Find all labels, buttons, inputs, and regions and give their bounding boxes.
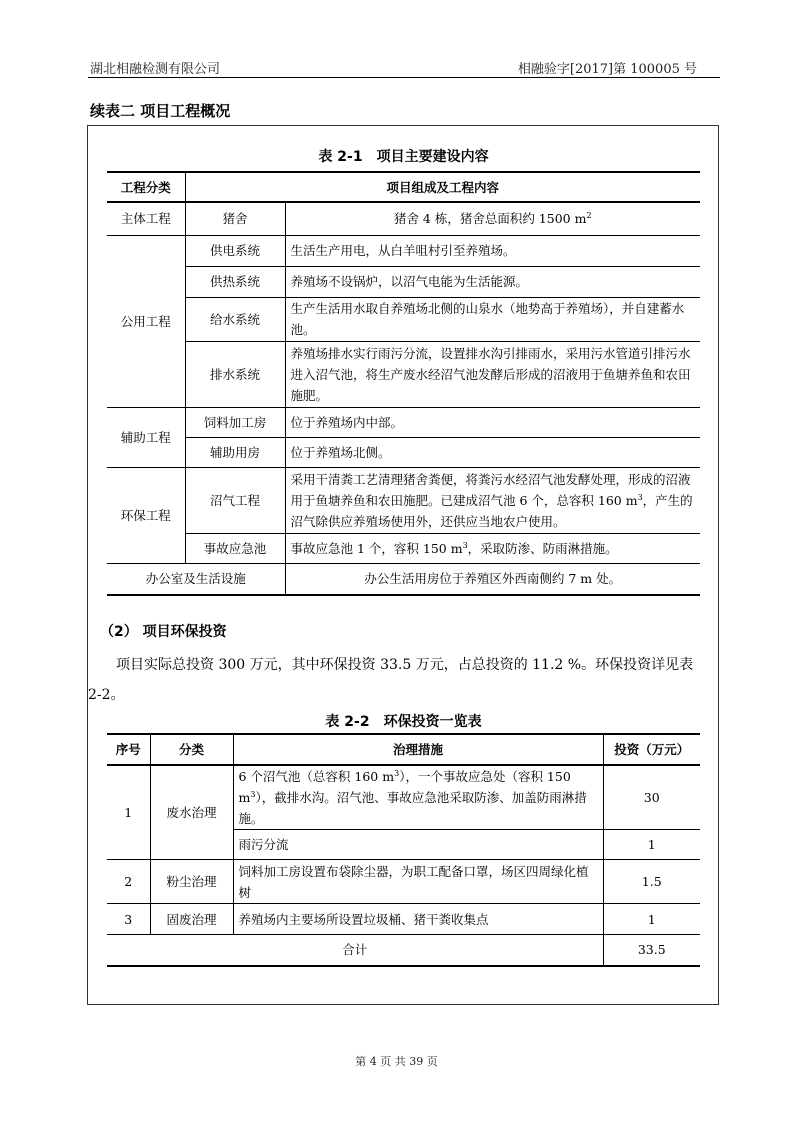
table-row: 公用工程 供电系统 生活生产用电，从白羊咀村引至养殖场。 bbox=[107, 235, 700, 266]
amount-cell: 1 bbox=[603, 830, 700, 860]
measure-cell: 雨污分流 bbox=[233, 830, 603, 860]
content-cell: 位于养殖场内中部。 bbox=[285, 407, 700, 437]
content-cell: 生活生产用电，从白羊咀村引至养殖场。 bbox=[285, 235, 700, 266]
amount-cell: 1.5 bbox=[603, 860, 700, 904]
page-number: 第 4 页 共 39 页 bbox=[0, 1053, 793, 1069]
construction-content-table: 工程分类 项目组成及工程内容 主体工程 猪舍 猪舍 4 栋，猪舍总面积约 150… bbox=[107, 171, 700, 596]
table2-header-category: 分类 bbox=[150, 734, 233, 765]
table-row: 主体工程 猪舍 猪舍 4 栋，猪舍总面积约 1500 m2 bbox=[107, 202, 700, 235]
item-cell: 给水系统 bbox=[185, 297, 285, 341]
content-cell: 生产生活用水取自养殖场北侧的山泉水（地势高于养殖场），并自建蓄水池。 bbox=[285, 297, 700, 341]
table2-header-amount: 投资（万元） bbox=[603, 734, 700, 765]
table-row: 事故应急池 事故应急池 1 个，容积 150 m3，采取防渗、防雨淋措施。 bbox=[107, 533, 700, 563]
content-cell: 猪舍 4 栋，猪舍总面积约 1500 m2 bbox=[285, 202, 700, 235]
content-cell: 养殖场排水实行雨污分流，设置排水沟引排雨水，采用污水管道引排污水进入沼气池，将生… bbox=[285, 341, 700, 407]
table1-caption: 表 2-1 项目主要建设内容 bbox=[107, 146, 700, 166]
measure-cell: 养殖场内主要场所设置垃圾桶、猪干粪收集点 bbox=[233, 904, 603, 935]
no-cell: 2 bbox=[107, 860, 150, 904]
table2-header-no: 序号 bbox=[107, 734, 150, 765]
category-cell: 废水治理 bbox=[150, 765, 233, 860]
section-title: 续表二 项目工程概况 bbox=[90, 100, 230, 121]
category-cell: 公用工程 bbox=[107, 235, 185, 407]
table2-header-measure: 治理措施 bbox=[233, 734, 603, 765]
content-cell: 位于养殖场北侧。 bbox=[285, 437, 700, 467]
content-cell: 事故应急池 1 个，容积 150 m3，采取防渗、防雨淋措施。 bbox=[285, 533, 700, 563]
item-cell: 排水系统 bbox=[185, 341, 285, 407]
total-amount: 33.5 bbox=[603, 935, 700, 966]
item-cell: 供热系统 bbox=[185, 266, 285, 297]
item-cell: 事故应急池 bbox=[185, 533, 285, 563]
header-company: 湖北相融检测有限公司 bbox=[90, 58, 220, 77]
category-cell: 办公室及生活设施 bbox=[107, 563, 285, 595]
item-cell: 沼气工程 bbox=[185, 467, 285, 533]
item-cell: 辅助用房 bbox=[185, 437, 285, 467]
no-cell: 1 bbox=[107, 765, 150, 860]
measure-cell: 6 个沼气池（总容积 160 m3），一个事故应急处（容积 150 m3），截排… bbox=[233, 765, 603, 830]
category-cell: 主体工程 bbox=[107, 202, 185, 235]
investment-subtitle: （2） 项目环保投资 bbox=[100, 621, 227, 641]
total-label: 合计 bbox=[107, 935, 603, 966]
content-cell: 养殖场不设锅炉，以沼气电能为生活能源。 bbox=[285, 266, 700, 297]
category-cell: 环保工程 bbox=[107, 467, 185, 563]
item-cell: 供电系统 bbox=[185, 235, 285, 266]
content-cell: 采用干清粪工艺清理猪舍粪便，将粪污水经沼气池发酵处理，形成的沼液用于鱼塘养鱼和农… bbox=[285, 467, 700, 533]
investment-table: 序号 分类 治理措施 投资（万元） 1 废水治理 6 个沼气池（总容积 160 … bbox=[107, 733, 700, 967]
table-row: 办公室及生活设施 办公生活用房位于养殖区外西南侧约 7 m 处。 bbox=[107, 563, 700, 595]
amount-cell: 30 bbox=[603, 765, 700, 830]
item-cell: 猪舍 bbox=[185, 202, 285, 235]
table-row: 辅助用房 位于养殖场北侧。 bbox=[107, 437, 700, 467]
investment-paragraph: 项目实际总投资 300 万元，其中环保投资 33.5 万元，占总投资的 11.2… bbox=[88, 650, 710, 710]
category-cell: 辅助工程 bbox=[107, 407, 185, 467]
table-row: 1 废水治理 6 个沼气池（总容积 160 m3），一个事故应急处（容积 150… bbox=[107, 765, 700, 830]
total-row: 合计 33.5 bbox=[107, 935, 700, 966]
category-cell: 粉尘治理 bbox=[150, 860, 233, 904]
no-cell: 3 bbox=[107, 904, 150, 935]
content-cell: 办公生活用房位于养殖区外西南侧约 7 m 处。 bbox=[285, 563, 700, 595]
item-cell: 饲料加工房 bbox=[185, 407, 285, 437]
table-row: 2 粉尘治理 饲料加工房设置布袋除尘器，为职工配备口罩，场区四周绿化植树 1.5 bbox=[107, 860, 700, 904]
table-row: 供热系统 养殖场不设锅炉，以沼气电能为生活能源。 bbox=[107, 266, 700, 297]
header-divider bbox=[88, 77, 720, 78]
table-row: 排水系统 养殖场排水实行雨污分流，设置排水沟引排雨水，采用污水管道引排污水进入沼… bbox=[107, 341, 700, 407]
category-cell: 固废治理 bbox=[150, 904, 233, 935]
header-doc-number: 相融验字[2017]第 100005 号 bbox=[518, 58, 697, 77]
table1-header-category: 工程分类 bbox=[107, 172, 185, 202]
amount-cell: 1 bbox=[603, 904, 700, 935]
table-row: 给水系统 生产生活用水取自养殖场北侧的山泉水（地势高于养殖场），并自建蓄水池。 bbox=[107, 297, 700, 341]
table2-caption: 表 2-2 环保投资一览表 bbox=[107, 711, 700, 731]
table-row: 辅助工程 饲料加工房 位于养殖场内中部。 bbox=[107, 407, 700, 437]
table-row: 环保工程 沼气工程 采用干清粪工艺清理猪舍粪便，将粪污水经沼气池发酵处理，形成的… bbox=[107, 467, 700, 533]
table-row: 3 固废治理 养殖场内主要场所设置垃圾桶、猪干粪收集点 1 bbox=[107, 904, 700, 935]
measure-cell: 饲料加工房设置布袋除尘器，为职工配备口罩，场区四周绿化植树 bbox=[233, 860, 603, 904]
table1-header-content: 项目组成及工程内容 bbox=[185, 172, 700, 202]
